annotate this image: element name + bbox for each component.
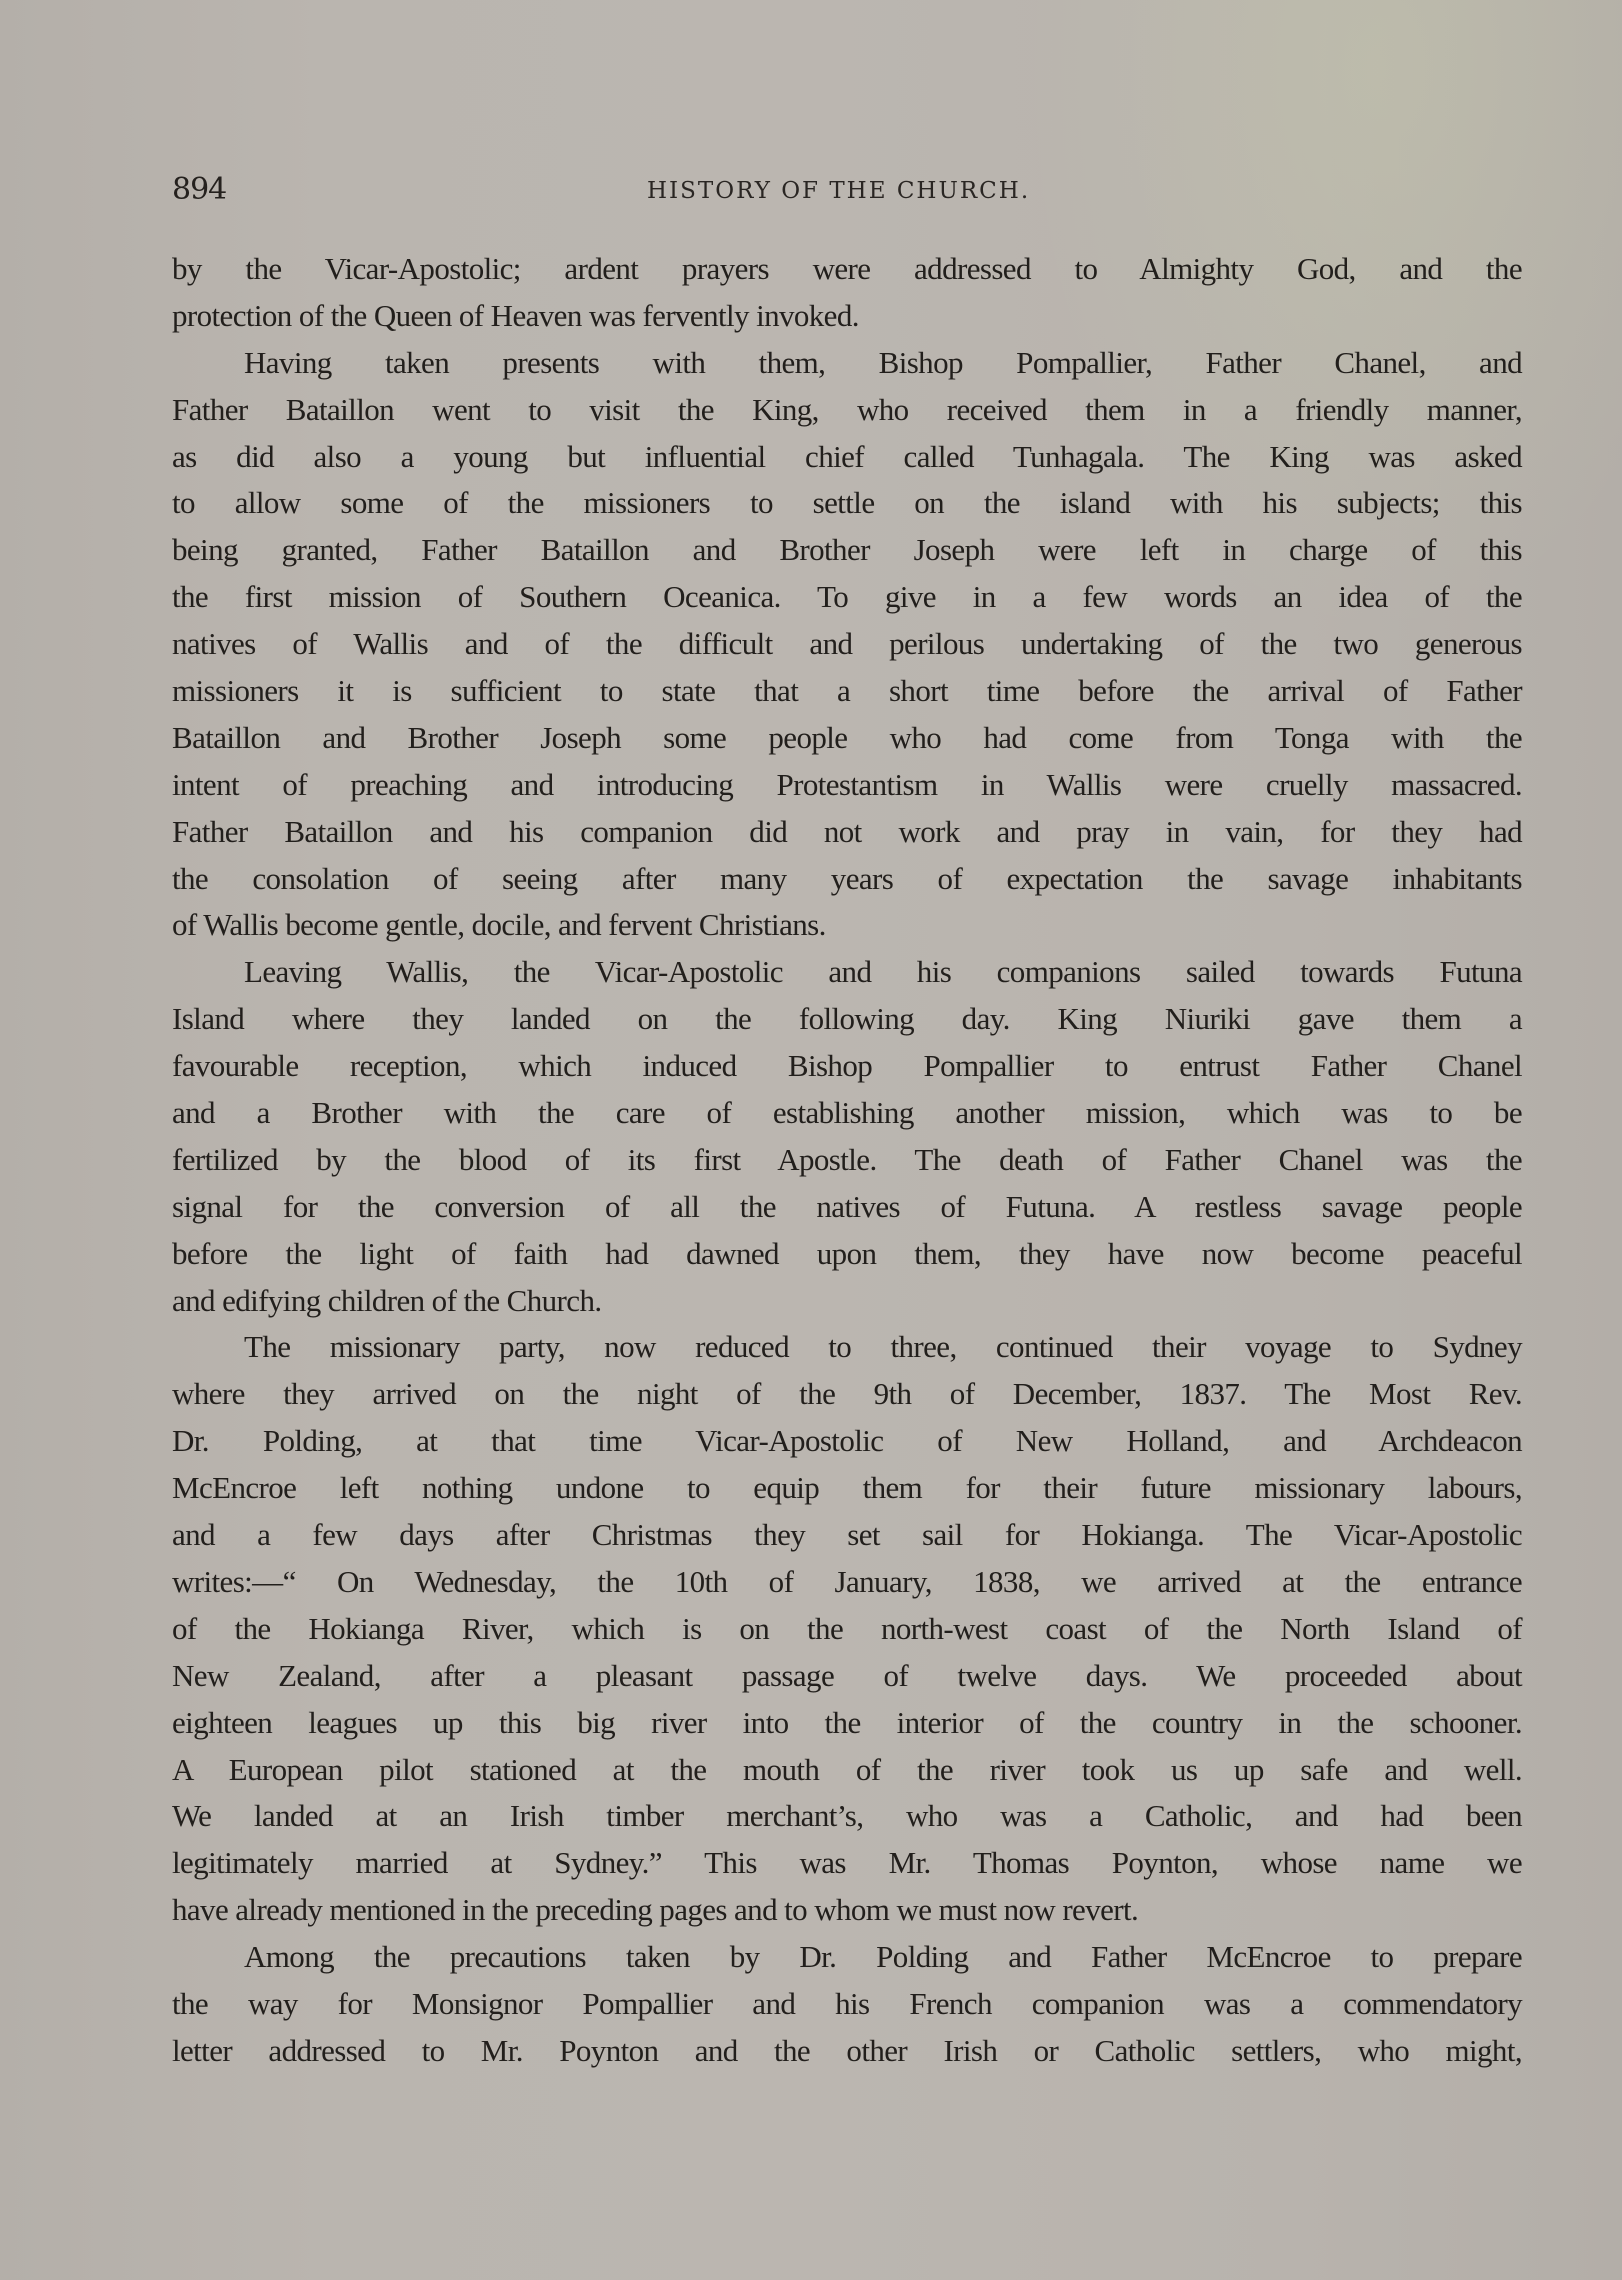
text-line: before the light of faith had dawned upo… (172, 1231, 1522, 1278)
text-line: and a few days after Christmas they set … (172, 1512, 1522, 1559)
text-line: Having taken presents with them, Bishop … (172, 340, 1522, 387)
paragraph: by the Vicar-Apostolic; ardent prayers w… (172, 246, 1522, 340)
text-line: favourable reception, which induced Bish… (172, 1043, 1522, 1090)
text-line: intent of preaching and introducing Prot… (172, 762, 1522, 809)
text-line-content: of the Hokianga River, which is on the n… (172, 1606, 1522, 1653)
text-line: missioners it is sufficient to state tha… (172, 668, 1522, 715)
body-text: by the Vicar-Apostolic; ardent prayers w… (172, 246, 1522, 2075)
text-line: and a Brother with the care of establish… (172, 1090, 1522, 1137)
paragraph: The missionary party, now reduced to thr… (172, 1324, 1522, 1934)
text-line-content: fertilized by the blood of its first Apo… (172, 1137, 1522, 1184)
text-line-content: Father Bataillon and his companion did n… (172, 809, 1522, 856)
text-line-content: legitimately married at Sydney.” This wa… (172, 1840, 1522, 1887)
text-line: and edifying children of the Church. (172, 1278, 1522, 1325)
text-line: Leaving Wallis, the Vicar-Apostolic and … (172, 949, 1522, 996)
text-line: A European pilot stationed at the mouth … (172, 1747, 1522, 1794)
text-line-content: favourable reception, which induced Bish… (172, 1043, 1522, 1090)
text-line: Dr. Polding, at that time Vicar-Apostoli… (172, 1418, 1522, 1465)
text-line: of Wallis become gentle, docile, and fer… (172, 902, 1522, 949)
text-line-content: natives of Wallis and of the difficult a… (172, 621, 1522, 668)
text-line: where they arrived on the night of the 9… (172, 1371, 1522, 1418)
text-line: Among the precautions taken by Dr. Poldi… (172, 1934, 1522, 1981)
text-line: the consolation of seeing after many yea… (172, 856, 1522, 903)
text-line: Bataillon and Brother Joseph some people… (172, 715, 1522, 762)
text-line-content: being granted, Father Bataillon and Brot… (172, 527, 1522, 574)
text-line-content: and a Brother with the care of establish… (172, 1090, 1522, 1137)
text-line: Father Bataillon and his companion did n… (172, 809, 1522, 856)
text-line-content: Among the precautions taken by Dr. Poldi… (244, 1934, 1522, 1981)
text-line-content: Leaving Wallis, the Vicar-Apostolic and … (244, 949, 1522, 996)
text-line-content: Island where they landed on the followin… (172, 996, 1522, 1043)
text-line: signal for the conversion of all the nat… (172, 1184, 1522, 1231)
text-line: The missionary party, now reduced to thr… (172, 1324, 1522, 1371)
text-line-content: where they arrived on the night of the 9… (172, 1371, 1522, 1418)
paragraph: Having taken presents with them, Bishop … (172, 340, 1522, 950)
text-line: of the Hokianga River, which is on the n… (172, 1606, 1522, 1653)
text-line-content: and a few days after Christmas they set … (172, 1512, 1522, 1559)
paragraph: Leaving Wallis, the Vicar-Apostolic and … (172, 949, 1522, 1324)
text-line-content: writes:—“ On Wednesday, the 10th of Janu… (172, 1559, 1522, 1606)
running-title: HISTORY OF THE CHURCH. (647, 178, 1030, 204)
text-line: Island where they landed on the followin… (172, 996, 1522, 1043)
text-line-content: intent of preaching and introducing Prot… (172, 762, 1522, 809)
text-line-content: Bataillon and Brother Joseph some people… (172, 715, 1522, 762)
text-line-content: Father Bataillon went to visit the King,… (172, 387, 1522, 434)
text-line-content: letter addressed to Mr. Poynton and the … (172, 2028, 1522, 2075)
text-line: Father Bataillon went to visit the King,… (172, 387, 1522, 434)
text-line-content: Having taken presents with them, Bishop … (244, 340, 1522, 387)
paragraph: Among the precautions taken by Dr. Poldi… (172, 1934, 1522, 2075)
text-line-content: The missionary party, now reduced to thr… (244, 1324, 1522, 1371)
text-line: legitimately married at Sydney.” This wa… (172, 1840, 1522, 1887)
text-line-content: missioners it is sufficient to state tha… (172, 668, 1522, 715)
text-line: being granted, Father Bataillon and Brot… (172, 527, 1522, 574)
text-line-content: Dr. Polding, at that time Vicar-Apostoli… (172, 1418, 1522, 1465)
page-number: 894 (172, 172, 226, 207)
text-line-content: by the Vicar-Apostolic; ardent prayers w… (172, 246, 1522, 293)
text-line-content: protection of the Queen of Heaven was fe… (172, 293, 1522, 340)
text-line-content: and edifying children of the Church. (172, 1278, 1522, 1325)
text-line: letter addressed to Mr. Poynton and the … (172, 2028, 1522, 2075)
text-line: to allow some of the missioners to settl… (172, 480, 1522, 527)
text-line-content: as did also a young but influential chie… (172, 434, 1522, 481)
text-line-content: signal for the conversion of all the nat… (172, 1184, 1522, 1231)
text-line-content: of Wallis become gentle, docile, and fer… (172, 902, 1522, 949)
text-line: eighteen leagues up this big river into … (172, 1700, 1522, 1747)
text-line: the way for Monsignor Pompallier and his… (172, 1981, 1522, 2028)
text-line: McEncroe left nothing undone to equip th… (172, 1465, 1522, 1512)
text-line-content: the consolation of seeing after many yea… (172, 856, 1522, 903)
book-page: 894 HISTORY OF THE CHURCH. by the Vicar-… (0, 0, 1622, 2280)
text-line-content: to allow some of the missioners to settl… (172, 480, 1522, 527)
text-line: as did also a young but influential chie… (172, 434, 1522, 481)
text-line: fertilized by the blood of its first Apo… (172, 1137, 1522, 1184)
running-head: 894 HISTORY OF THE CHURCH. (172, 172, 1522, 212)
text-line: We landed at an Irish timber merchant’s,… (172, 1793, 1522, 1840)
text-line: have already mentioned in the preceding … (172, 1887, 1522, 1934)
text-line-content: have already mentioned in the preceding … (172, 1887, 1522, 1934)
text-line-content: We landed at an Irish timber merchant’s,… (172, 1793, 1522, 1840)
text-line-content: McEncroe left nothing undone to equip th… (172, 1465, 1522, 1512)
text-line: the first mission of Southern Oceanica. … (172, 574, 1522, 621)
text-line-content: eighteen leagues up this big river into … (172, 1700, 1522, 1747)
text-line-content: the way for Monsignor Pompallier and his… (172, 1981, 1522, 2028)
text-line: natives of Wallis and of the difficult a… (172, 621, 1522, 668)
text-line: New Zealand, after a pleasant passage of… (172, 1653, 1522, 1700)
text-line: by the Vicar-Apostolic; ardent prayers w… (172, 246, 1522, 293)
text-line-content: A European pilot stationed at the mouth … (172, 1747, 1522, 1794)
text-line-content: before the light of faith had dawned upo… (172, 1231, 1522, 1278)
text-line-content: the first mission of Southern Oceanica. … (172, 574, 1522, 621)
text-line: writes:—“ On Wednesday, the 10th of Janu… (172, 1559, 1522, 1606)
text-line-content: New Zealand, after a pleasant passage of… (172, 1653, 1522, 1700)
text-line: protection of the Queen of Heaven was fe… (172, 293, 1522, 340)
